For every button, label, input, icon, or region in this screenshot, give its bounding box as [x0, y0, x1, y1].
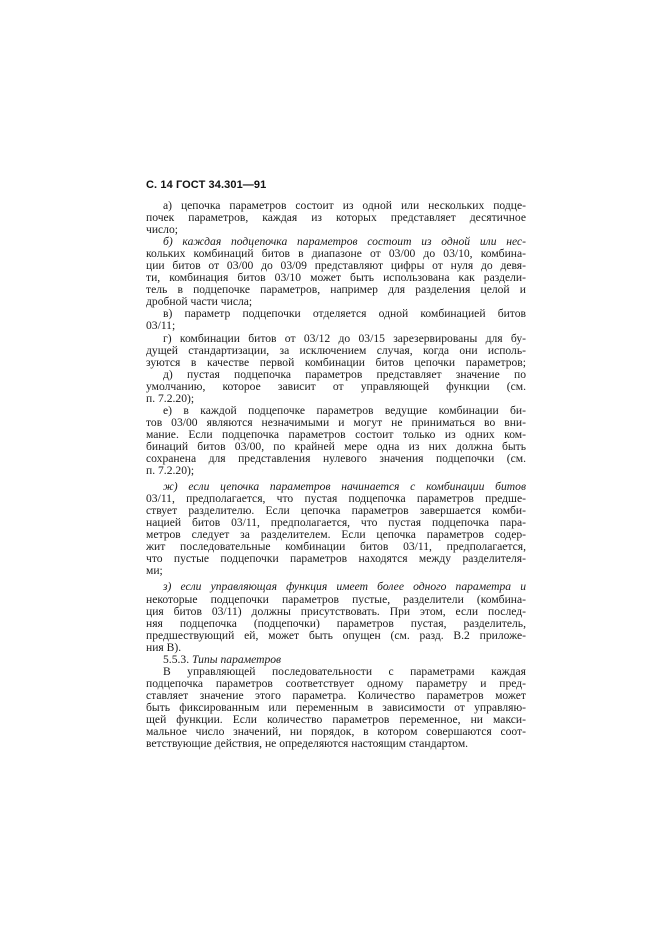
section-title: Типы параметров — [192, 654, 281, 666]
text-line: быть фиксированным или переменным в зави… — [146, 702, 526, 714]
text-line: г) комбинации битов от 03/12 до 03/15 за… — [146, 333, 526, 345]
text-line: предшествующий ей, может быть опущен (см… — [146, 630, 526, 642]
text-line: дущей стандартизации, за исключением слу… — [146, 345, 526, 357]
text-line: ции битов от 03/00 до 03/09 представляют… — [146, 260, 526, 272]
document-body: а) цепочка параметров состоит из одной и… — [146, 200, 526, 750]
paragraph-b: б) каждая подцепочка параметров состоит … — [146, 236, 526, 308]
text-line: ми; — [146, 565, 526, 577]
text-line: ния В). — [146, 642, 526, 654]
text-line: мание. Если подцепочка параметров состои… — [146, 429, 526, 441]
text-line: щей функции. Если количество параметров … — [146, 714, 526, 726]
text-line: 03/11; — [146, 320, 526, 332]
document-page: С. 14 ГОСТ 34.301—91 а) цепочка параметр… — [0, 0, 661, 935]
text-line: нацией битов 03/11, предполагается, что … — [146, 517, 526, 529]
section-heading: 5.5.3. Типы параметров — [146, 654, 526, 666]
text-line: б) каждая подцепочка параметров состоит … — [146, 236, 526, 248]
text-line: бинаций битов 03/00, по крайней мере одн… — [146, 441, 526, 453]
paragraph-zh: ж) если цепочка параметров начинается с … — [146, 481, 526, 577]
text-line: ставляет значение этого параметра. Колич… — [146, 690, 526, 702]
text-line: п. 7.2.20); — [146, 393, 526, 405]
text-line: что пустые подцепочки параметров находят… — [146, 553, 526, 565]
text-line: в) параметр подцепочки отделяется одной … — [146, 308, 526, 320]
text-line: тель в подцепочке параметров, например д… — [146, 284, 526, 296]
paragraph-z: з) если управляющая функция имеет более … — [146, 581, 526, 653]
paragraph-a: а) цепочка параметров состоит из одной и… — [146, 200, 526, 236]
text-line: п. 7.2.20); — [146, 465, 526, 477]
text-line: ж) если цепочка параметров начинается с … — [146, 481, 526, 493]
text-line: е) в каждой подцепочке параметров ведущи… — [146, 405, 526, 417]
text-line: тов 03/00 являются незначимыми и могут н… — [146, 417, 526, 429]
text-line: число; — [146, 224, 526, 236]
text-line: з) если управляющая функция имеет более … — [146, 581, 526, 593]
text-line: В управляющей последовательности с парам… — [146, 666, 526, 678]
text-line: некоторые подцепочки параметров пустые, … — [146, 594, 526, 606]
text-line: ти, комбинация битов 03/10 может быть ис… — [146, 272, 526, 284]
text-line: ствует разделителю. Если цепочка парамет… — [146, 505, 526, 517]
text-line: жит последовательные комбинации битов 03… — [146, 541, 526, 553]
text-line: умолчанию, которое зависит от управляюще… — [146, 381, 526, 393]
text-line: д) пустая подцепочка параметров представ… — [146, 369, 526, 381]
text-line: ция битов 03/11) должны присутствовать. … — [146, 606, 526, 618]
section-number: 5.5.3. — [163, 654, 189, 666]
text-line: кольких комбинаций битов в диапазоне от … — [146, 248, 526, 260]
text-line: метров следует за разделителем. Если цеп… — [146, 529, 526, 541]
text-line: 03/11, предполагается, что пустая подцеп… — [146, 493, 526, 505]
text-line: почек параметров, каждая из которых пред… — [146, 212, 526, 224]
paragraph-g: г) комбинации битов от 03/12 до 03/15 за… — [146, 333, 526, 369]
text-line: а) цепочка параметров состоит из одной и… — [146, 200, 526, 212]
paragraph-d: д) пустая подцепочка параметров представ… — [146, 369, 526, 405]
text-line: дробной части числа; — [146, 296, 526, 308]
paragraph-v: в) параметр подцепочки отделяется одной … — [146, 308, 526, 332]
paragraph-e: е) в каждой подцепочке параметров ведущи… — [146, 405, 526, 477]
text-line: няя подцепочка (подцепочки) параметров п… — [146, 618, 526, 630]
text-line: зуются в качестве первой комбинации бито… — [146, 357, 526, 369]
text-line: мальное число значений, ни порядок, в ко… — [146, 726, 526, 738]
page-header: С. 14 ГОСТ 34.301—91 — [146, 179, 266, 191]
text-line: подцепочка параметров соответствует одно… — [146, 678, 526, 690]
text-line: сохранена для представления нулевого зна… — [146, 453, 526, 465]
text-line: ветствующие действия, не определяются на… — [146, 738, 526, 750]
paragraph-final: В управляющей последовательности с парам… — [146, 666, 526, 750]
